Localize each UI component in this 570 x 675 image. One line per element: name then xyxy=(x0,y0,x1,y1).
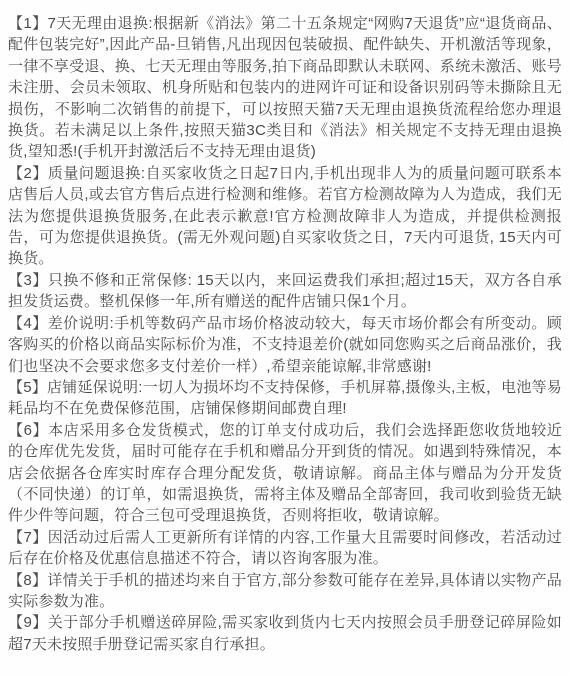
product-notice-document: 【1】7天无理由退换:根据新《消法》第二十五条规定“网购7天退货”应“退货商品、… xyxy=(0,0,570,675)
notice-paragraph-6: 【6】本店采用多仓发货模式，您的订单支付成功后，我们会选择距您收货地较近的仓库优… xyxy=(8,420,562,527)
notice-paragraph-9: 【9】关于部分手机赠送碎屏险,需买家收到货内七天内按照会员手册登记碎屏险如超7天… xyxy=(8,612,562,655)
notice-paragraph-7: 【7】因活动过后需人工更新所有详情的内容,工作量大且需要时间修改，若活动过后存在… xyxy=(8,527,562,570)
notice-paragraph-8: 【8】详情关于手机的描述均来自于官方,部分参数可能存在差异,具体请以实物产品实际… xyxy=(8,570,562,613)
notice-paragraph-5: 【5】店铺延保说明:一切人为损坏均不支持保修，手机屏幕,摄像头,主板，电池等易耗… xyxy=(8,377,562,420)
notice-paragraph-3: 【3】只换不修和正常保修: 15天以内，来回运费我们承担;超过15天，双方各自承… xyxy=(8,270,562,313)
notice-paragraph-2: 【2】质量问题退换:自买家收货之日起7日内,手机出现非人为的质量问题可联系本店售… xyxy=(8,163,562,270)
notice-paragraph-1: 【1】7天无理由退换:根据新《消法》第二十五条规定“网购7天退货”应“退货商品、… xyxy=(8,13,562,163)
notice-paragraph-4: 【4】差价说明:手机等数码产品市场价格波动较大，每天市场价都会有所变动。顾客购买… xyxy=(8,313,562,377)
